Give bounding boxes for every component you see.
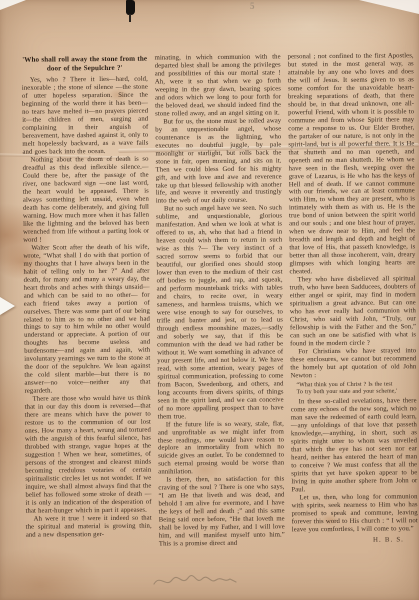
torn-corner-top-left (0, 0, 26, 10)
paragraph: Ah were it true ! were it indeed so that… (26, 514, 152, 539)
paragraph: But for us, the stone must be rolled awa… (155, 117, 282, 206)
paragraph: Walter Scott after the death of his wife… (23, 243, 150, 396)
paragraph: But no such angel have we seen. No such … (156, 205, 284, 421)
torn-edge-notch (0, 297, 15, 315)
column-right: personal ; not confined to the first Apo… (288, 52, 419, 599)
article-heading: 'Who shall roll away the stone from the … (22, 55, 148, 75)
verse-line: To try both your state and your scheme,' (297, 388, 417, 396)
paragraph: In these so-called revelations, have the… (291, 398, 418, 495)
paragraph-continuation: personal ; not confined to the first Apo… (288, 52, 416, 276)
hymn-verse: “What think you of Christ ? Is the test … (296, 381, 416, 397)
handwritten-scribble (150, 570, 250, 592)
paragraph: They who have disbelieved all spiritual … (290, 275, 417, 348)
paragraph: If the future life is so weary, stale, f… (158, 420, 284, 477)
author-initials: H. B. S. (292, 536, 418, 545)
article-body: 'Who shall roll away the stone from the … (22, 52, 419, 600)
paragraph: Nothing about the doom of death is so dr… (23, 156, 150, 245)
ink-blot-mark (126, 0, 135, 15)
paragraph: There are those who would have us think … (25, 395, 152, 516)
torn-corner-top-right (359, 0, 419, 14)
paragraph: Is there, then, no satisfaction for this… (158, 476, 285, 549)
paragraph-continuation: minating, in which communion with the de… (155, 53, 282, 118)
column-left: 'Who shall roll away the stone from the … (22, 55, 153, 600)
paragraph: For Christians who have strayed into the… (290, 347, 416, 380)
column-middle: minating, in which communion with the de… (155, 53, 286, 600)
paragraph: Yes, who ? There it lies—hard, cold, ine… (22, 76, 149, 157)
aged-newspaper-page: 5 'Who shall roll away the stone from th… (0, 0, 419, 600)
paragraph: Let us, then, who long for communion wit… (291, 493, 417, 534)
page-number-mark: 5 (250, 1, 255, 11)
